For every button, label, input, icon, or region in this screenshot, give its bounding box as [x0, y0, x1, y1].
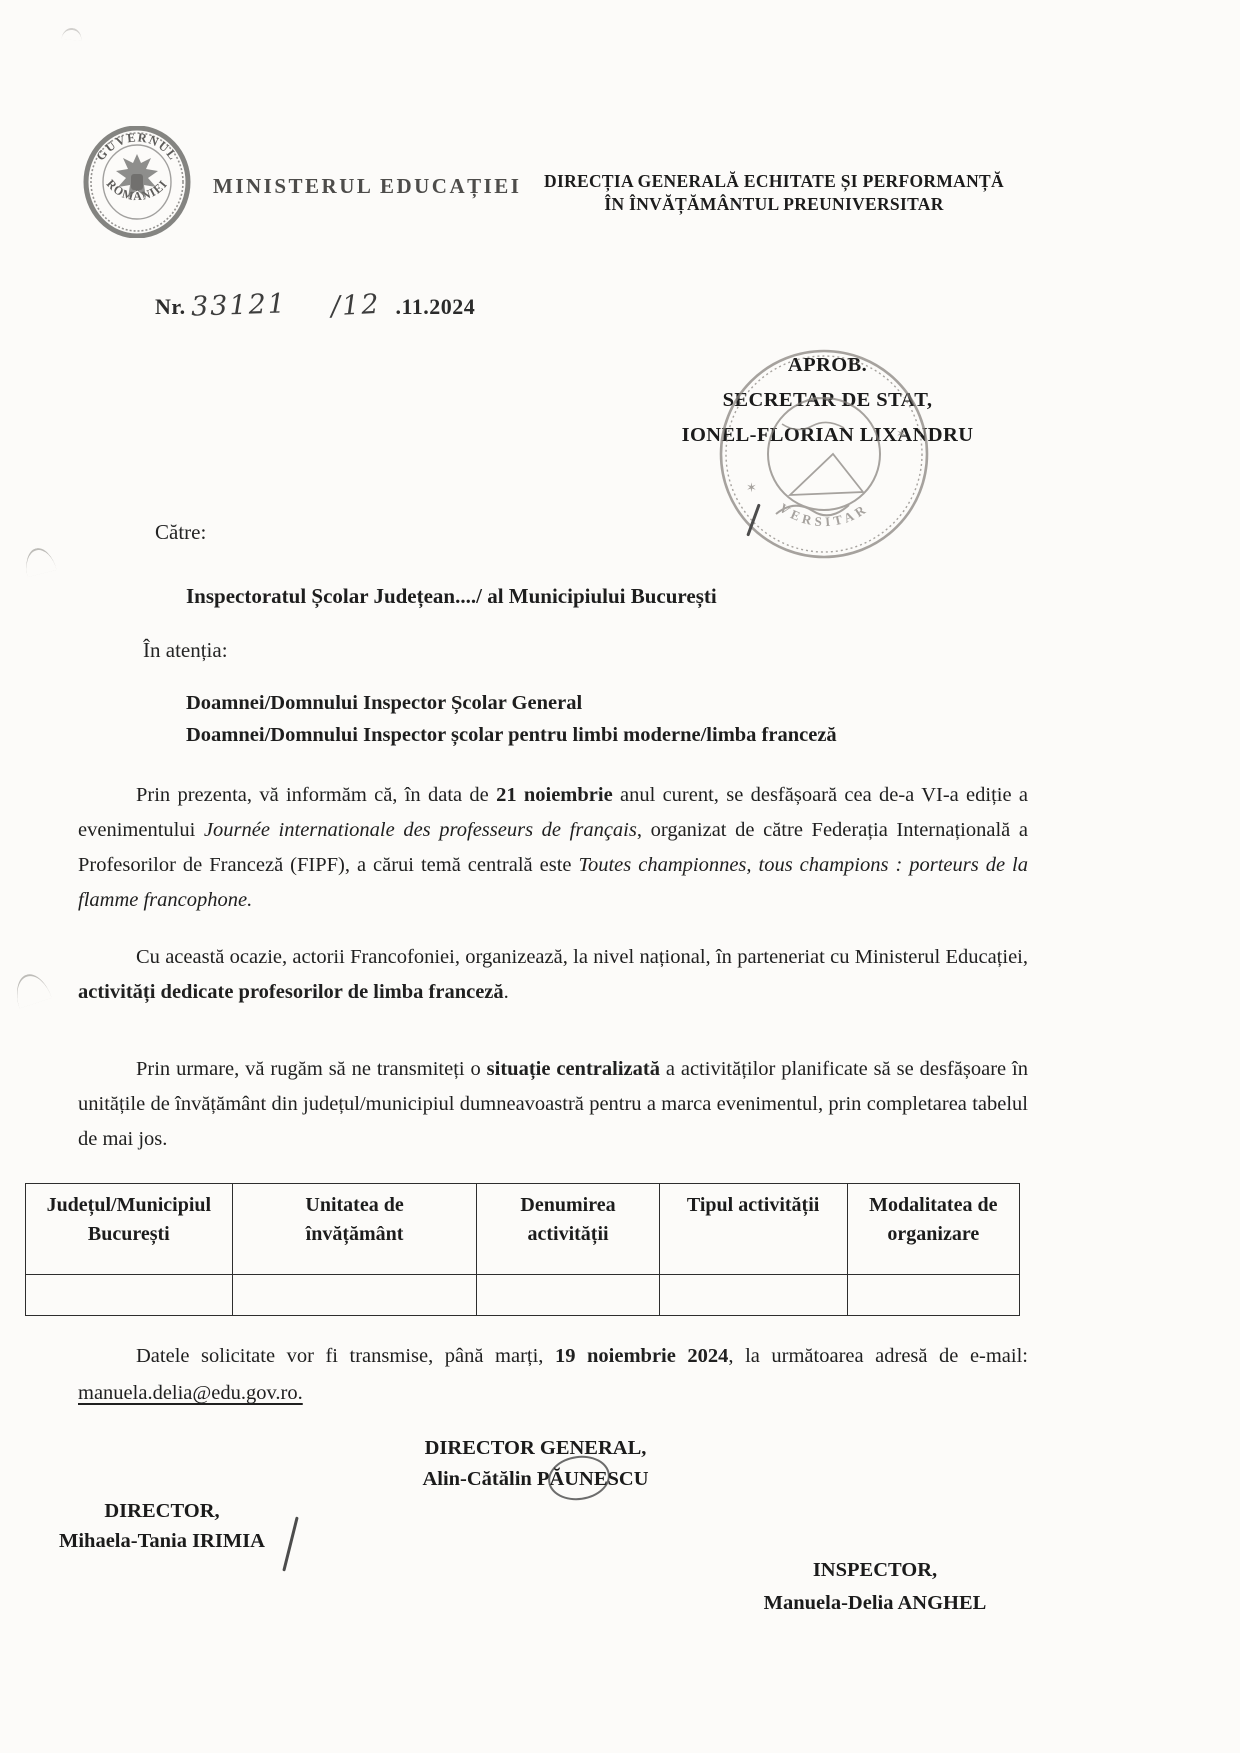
registration-date-printed: .11.2024 [396, 294, 476, 319]
ministry-name: MINISTERUL EDUCAȚIEI [213, 174, 521, 199]
stamp-triangle [790, 454, 863, 495]
inspector-name: Manuela-Delia ANGHEL [700, 1587, 1050, 1620]
director-signature-block: DIRECTOR, Mihaela-Tania IRIMIA [36, 1496, 288, 1556]
registration-number-handwritten: 33121 [191, 288, 288, 322]
paragraph-2: Cu această ocazie, actorii Francofoniei,… [78, 940, 1028, 1010]
letter-body: Prin prezenta, vă informăm că, în data d… [78, 778, 1028, 1179]
scan-artifact [21, 545, 56, 577]
col-header-judet: Județul/Municipiul București [26, 1184, 233, 1275]
empty-cell [659, 1275, 847, 1316]
paragraph-4: Datele solicitate vor fi transmise, până… [78, 1338, 1028, 1412]
director-general-signature-block: DIRECTOR GENERAL, Alin-Cătălin PĂUNESCU [358, 1433, 713, 1495]
deadline-paragraph-wrapper: Datele solicitate vor fi transmise, până… [78, 1338, 1028, 1412]
col-header-denumire: Denumirea activității [477, 1184, 659, 1275]
registration-line: Nr. 33121 /12 .11.2024 [155, 290, 475, 321]
attention-line-2: Doamnei/Domnului Inspector școlar pentru… [186, 724, 837, 747]
activities-table: Județul/Municipiul București Unitatea de… [25, 1183, 1020, 1316]
scanned-letter-page: GUVERNUL ROMÂNIEI MINISTERUL EDUCAȚIEI D… [0, 0, 1240, 1753]
recipient-line: Inspectoratul Școlar Județean..../ al Mu… [186, 584, 717, 609]
director-title: DIRECTOR, [36, 1496, 288, 1526]
empty-cell [232, 1275, 477, 1316]
attention-label: În atenția: [143, 638, 228, 663]
empty-cell [477, 1275, 659, 1316]
paragraph-3: Prin urmare, vă rugăm să ne transmiteți … [78, 1052, 1028, 1157]
paragraph-1: Prin prezenta, vă informăm că, în data d… [78, 778, 1028, 918]
director-name: Mihaela-Tania IRIMIA [36, 1526, 288, 1556]
inspector-title: INSPECTOR, [700, 1554, 1050, 1587]
col-header-unitate: Unitatea de învățământ [232, 1184, 477, 1275]
table-empty-row [26, 1275, 1020, 1316]
scan-artifact [61, 27, 82, 41]
government-seal-icon: GUVERNUL ROMÂNIEI [83, 126, 191, 238]
svg-text:VERSITAR: VERSITAR [777, 500, 872, 529]
table-header-row: Județul/Municipiul București Unitatea de… [26, 1184, 1020, 1275]
registration-label: Nr. [155, 294, 186, 319]
to-label: Către: [155, 520, 206, 545]
attention-line-1: Doamnei/Domnului Inspector Școlar Genera… [186, 692, 582, 715]
stamp-star-right: ✶ [896, 426, 907, 441]
directorate-line-2: ÎN ÎNVĂȚĂMÂNTUL PREUNIVERSITAR [540, 193, 1008, 216]
registration-day-handwritten: /12 [330, 289, 381, 323]
director-general-title: DIRECTOR GENERAL, [358, 1433, 713, 1464]
stamp-star-left: ✶ [746, 480, 757, 495]
col-header-modalitate: Modalitatea de organizare [847, 1184, 1019, 1275]
directorate-name: DIRECȚIA GENERALĂ ECHITATE ȘI PERFORMANȚ… [540, 170, 1008, 216]
empty-cell [847, 1275, 1019, 1316]
col-header-tip: Tipul activității [659, 1184, 847, 1275]
activities-table-wrapper: Județul/Municipiul București Unitatea de… [25, 1183, 1020, 1316]
stamp-bottom-arc-text: VERSITAR [777, 500, 872, 529]
director-general-name: Alin-Cătălin PĂUNESCU [358, 1464, 713, 1495]
scan-artifact [10, 969, 52, 1008]
inspector-signature-block: INSPECTOR, Manuela-Delia ANGHEL [700, 1554, 1050, 1620]
directorate-line-1: DIRECȚIA GENERALĂ ECHITATE ȘI PERFORMANȚ… [540, 170, 1008, 193]
coat-of-arms-shield [131, 174, 143, 190]
empty-cell [26, 1275, 233, 1316]
